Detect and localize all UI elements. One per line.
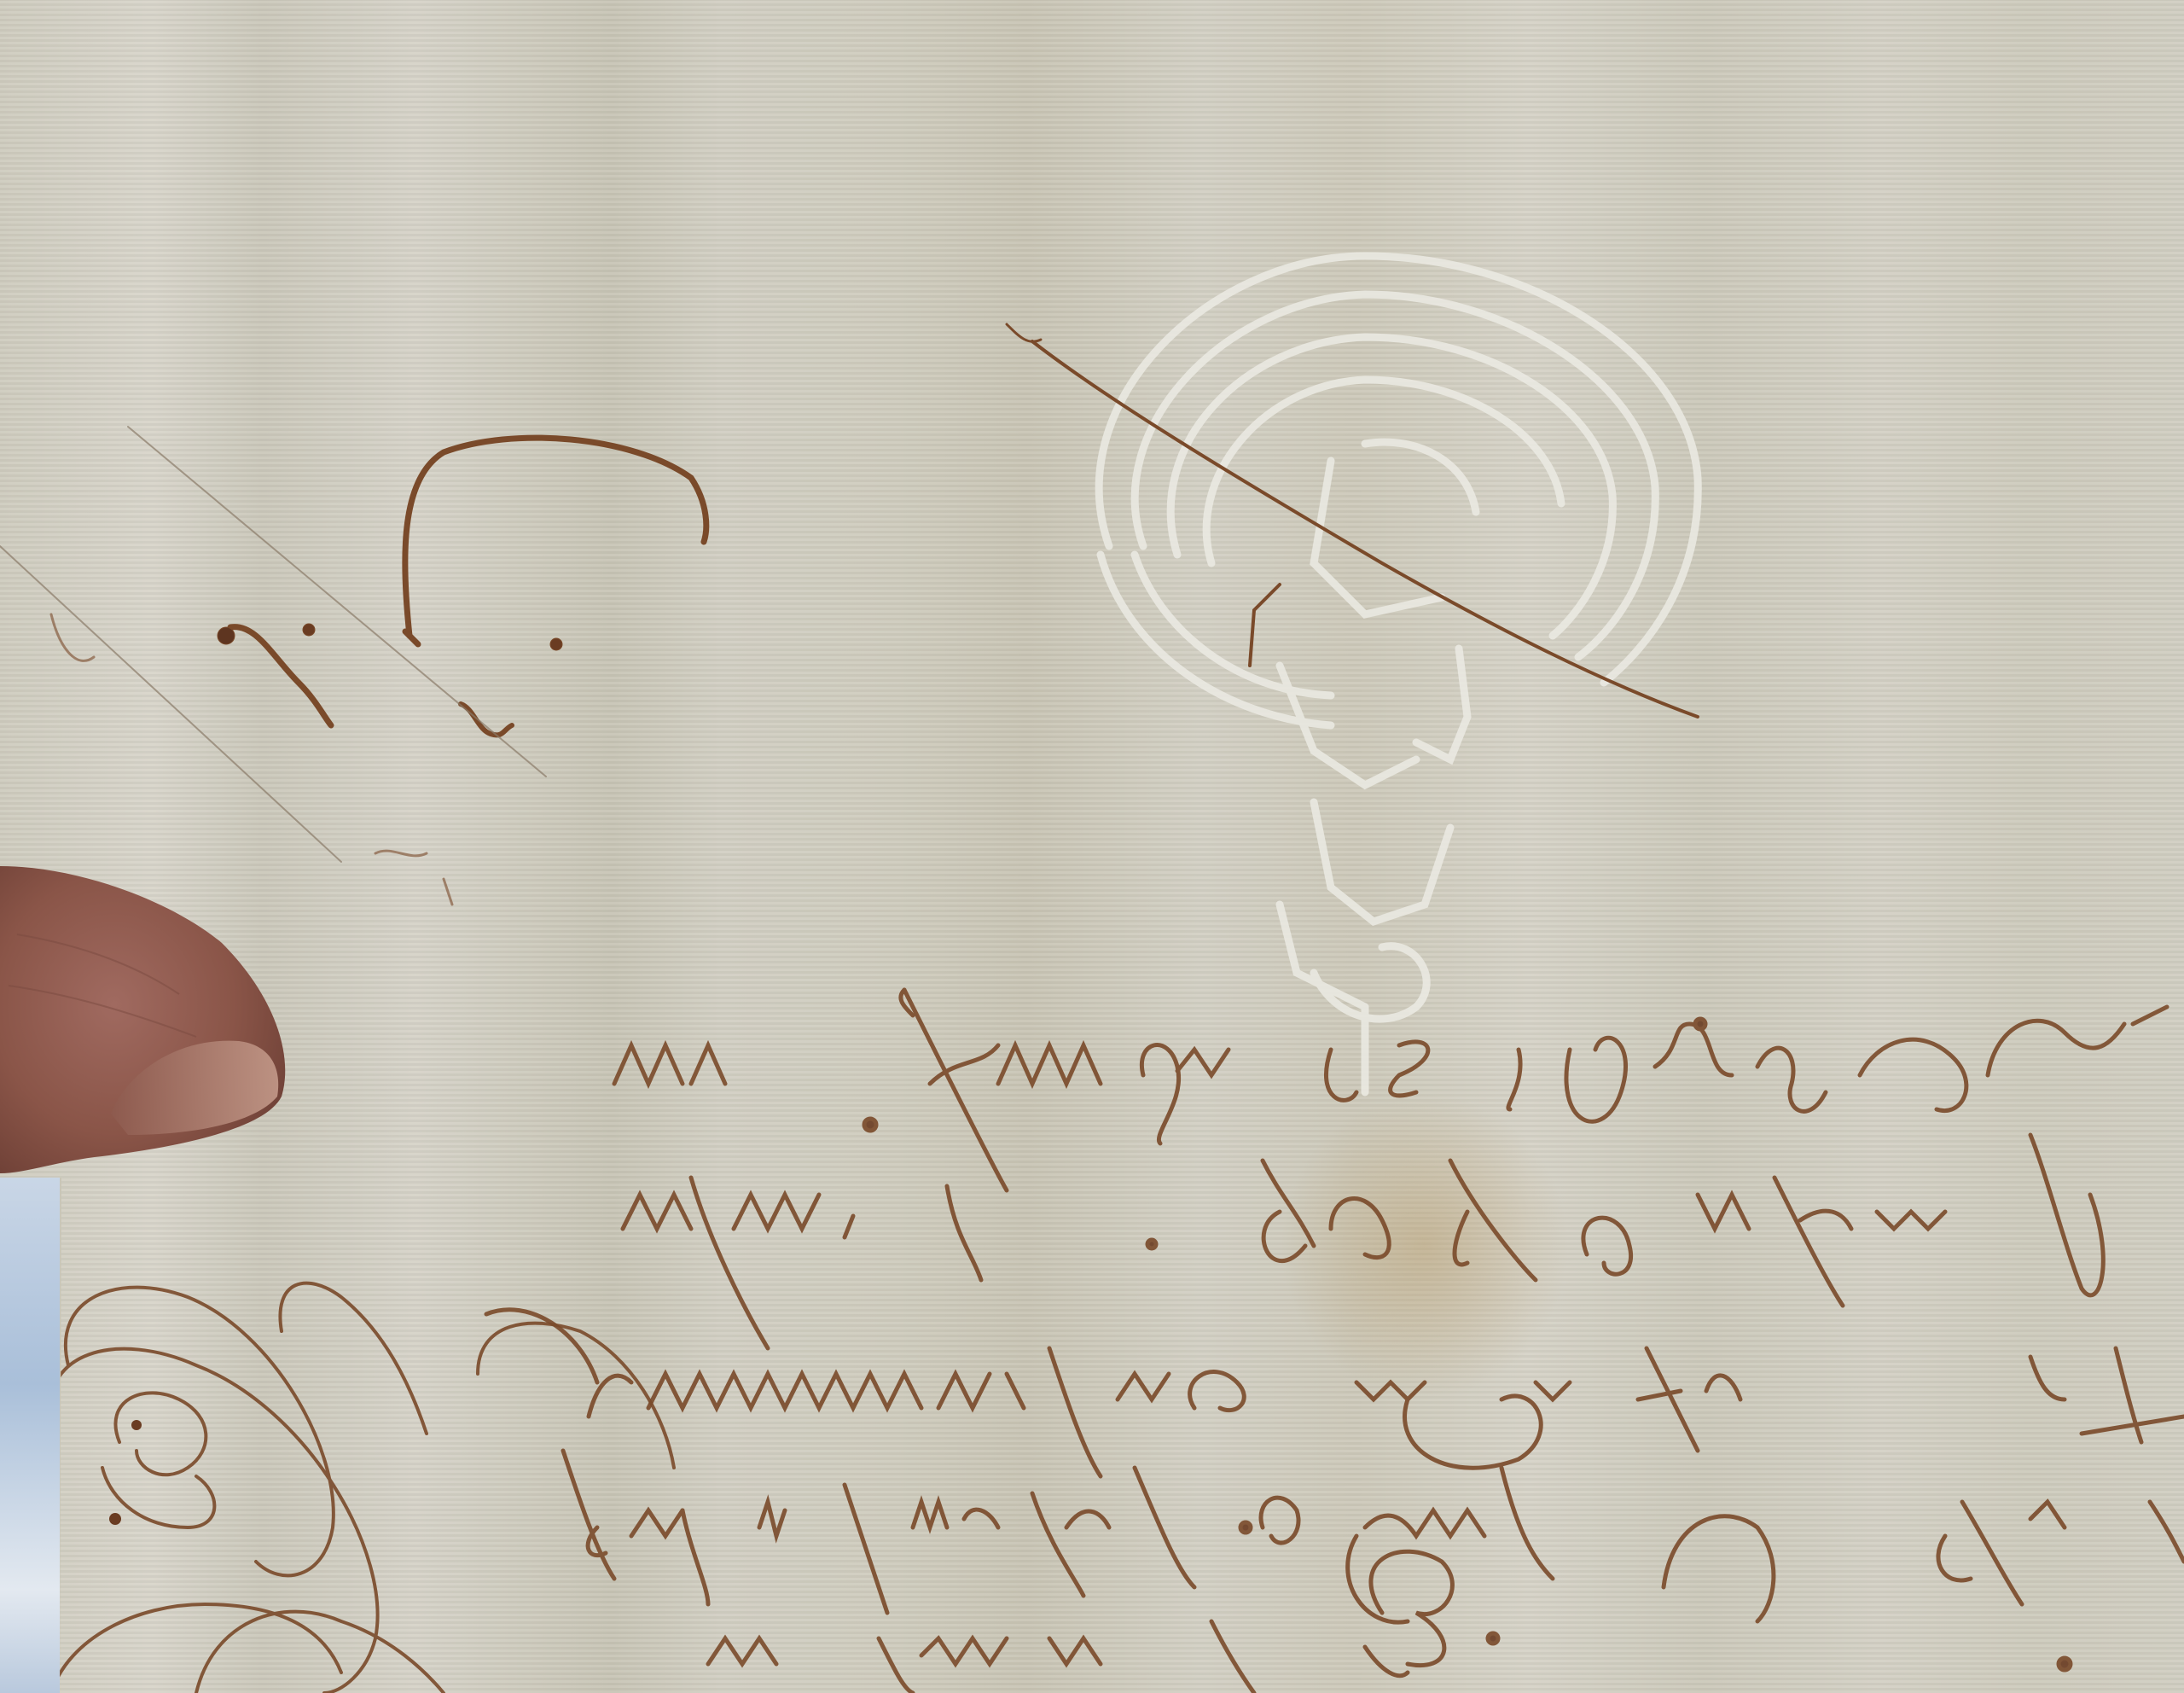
fingertip — [0, 849, 294, 1182]
background-behind-paper — [0, 1178, 60, 1693]
calligraphic-flourish — [0, 0, 2184, 1693]
document-photo: Old handwritten document held up to ligh… — [0, 0, 2184, 1693]
paper-sheet — [0, 0, 2184, 1693]
